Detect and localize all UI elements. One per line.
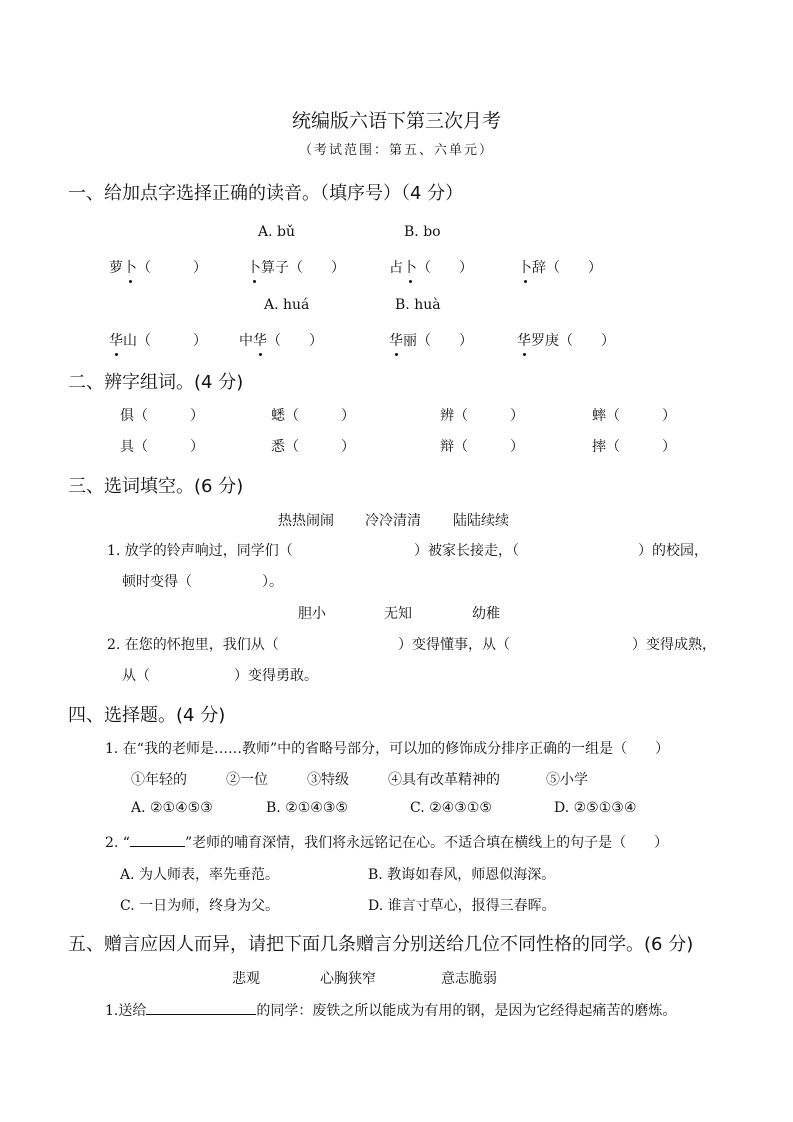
answer-blank[interactable]: （ ） — [137, 260, 207, 276]
dotted-char: 卜 — [403, 257, 417, 277]
q4-1-question: 1. 在“我的老师是……教师”中的省略号部分，可以加的修饰成分排序正确的一组是（… — [105, 738, 669, 758]
option-b-bo: B. bo — [404, 224, 441, 240]
q4-1-option-a[interactable]: A. ②①④⑤③ — [131, 800, 213, 816]
dotted-char: 华 — [109, 330, 123, 350]
word-choice: 幼稚 — [472, 603, 500, 623]
q4-1-option-b[interactable]: B. ②①④③⑤ — [266, 800, 348, 816]
q4-1-option-c[interactable]: C. ②④③①⑤ — [410, 800, 492, 816]
pinyin-item: 华罗庚（ ） — [517, 330, 615, 350]
section-5-heading: 五、赠言应因人而异，请把下面几条赠言分别送给几位不同性格的同学。(6 分) — [68, 930, 693, 956]
word-group-item[interactable]: 辩（ ） — [440, 436, 524, 456]
pinyin-item: 萝卜（ ） — [109, 257, 207, 277]
dotted-char: 华 — [389, 330, 403, 350]
word-choice: 意志脆弱 — [441, 968, 497, 988]
section-3-heading: 三、选词填空。(6 分) — [68, 472, 243, 498]
pinyin-item: 占卜（ ） — [389, 257, 473, 277]
q3-1-part-b: ）被家长接走，（ — [414, 540, 519, 560]
option-a-hua2: A. huá — [264, 297, 309, 313]
section-4-heading: 四、选择题。(4 分) — [68, 701, 225, 727]
q4-1-option-d[interactable]: D. ②⑤①③④ — [554, 800, 636, 816]
word-choice: 无知 — [384, 603, 412, 623]
pinyin-item: 华山（ ） — [109, 330, 207, 350]
word-choice: 悲观 — [232, 968, 260, 988]
q3-2-line2: 从（ ）变得勇敢。 — [122, 665, 318, 685]
q3-1-part-c: ）的校园， — [638, 540, 708, 560]
word-group-item[interactable]: 悉（ ） — [271, 436, 355, 456]
answer-blank[interactable]: （ ） — [546, 260, 602, 276]
q4-2-option-c[interactable]: C. 一日为师，终身为父。 — [120, 895, 279, 915]
dotted-char: 卜 — [247, 257, 261, 277]
q4-1-part: ④具有改革精神的 — [388, 769, 500, 789]
q4-2-option-a[interactable]: A. 为人师表，率先垂范。 — [120, 864, 279, 884]
q4-2-option-b[interactable]: B. 教诲如春风，师恩似海深。 — [368, 864, 555, 884]
word-choice: 冷冷清清 — [365, 510, 421, 530]
section-2-heading: 二、辨字组词。(4 分) — [68, 368, 243, 394]
q3-2-part-c: ）变得成熟， — [632, 634, 716, 654]
pinyin-item: 卜算子（ ） — [247, 257, 345, 277]
word-group-item[interactable]: 俱（ ） — [120, 405, 204, 425]
fill-blank-line[interactable] — [130, 832, 185, 847]
page-subtitle: （考试范围：第五、六单元） — [0, 139, 793, 158]
word-choice: 心胸狭窄 — [320, 968, 376, 988]
word-choice: 陆陆续续 — [453, 510, 509, 530]
q3-2-part-b: ）变得懂事，从（ — [398, 634, 510, 654]
answer-blank[interactable]: （ ） — [267, 333, 323, 349]
page-title: 统编版六语下第三次月考 — [0, 106, 793, 133]
q4-1-part: ②一位 — [226, 769, 268, 789]
word-group-item[interactable]: 摔（ ） — [592, 436, 676, 456]
word-choice: 热热闹闹 — [278, 510, 334, 530]
word-choice: 胆小 — [298, 603, 326, 623]
q4-1-part: ⑤小学 — [546, 769, 588, 789]
q4-2-question: 2. “”老师的哺育深情，我们将永远铭记在心。不适合填在横线上的句子是（ ） — [105, 832, 668, 852]
q3-2-part-a: 2. 在您的怀抱里，我们从（ — [107, 634, 279, 654]
pinyin-item: 卜辞（ ） — [518, 257, 602, 277]
dotted-char: 卜 — [123, 257, 137, 277]
dotted-char: 卜 — [518, 257, 532, 277]
pinyin-item: 中华（ ） — [239, 330, 323, 350]
section-1-heading: 一、给加点字选择正确的读音。（填序号）（4 分） — [68, 179, 463, 205]
q4-1-part: ①年轻的 — [131, 769, 187, 789]
answer-blank[interactable]: （ ） — [137, 333, 207, 349]
option-b-hua4: B. huà — [395, 297, 441, 313]
word-group-item[interactable]: 蟋（ ） — [271, 405, 355, 425]
answer-blank[interactable]: （ ） — [559, 333, 615, 349]
word-group-item[interactable]: 辨（ ） — [440, 405, 524, 425]
dotted-char: 华 — [517, 330, 531, 350]
q4-2-option-d[interactable]: D. 谁言寸草心，报得三春晖。 — [368, 895, 556, 915]
word-group-item[interactable]: 具（ ） — [120, 436, 204, 456]
q3-1-part-a: 1. 放学的铃声响过，同学们（ — [107, 540, 293, 560]
word-group-item[interactable]: 蟀（ ） — [592, 405, 676, 425]
pinyin-item: 华丽（ ） — [389, 330, 473, 350]
q5-1-question: 1.送给的同学：废铁之所以能成为有用的钢，是因为它经得起痛苦的磨炼。 — [105, 1000, 676, 1020]
answer-blank[interactable]: （ ） — [417, 333, 473, 349]
q4-1-part: ③特级 — [307, 769, 349, 789]
option-a-bu: A. bǔ — [258, 224, 295, 240]
q3-1-line2: 顿时变得（ ）。 — [122, 571, 283, 591]
dotted-char: 华 — [253, 330, 267, 350]
answer-blank[interactable]: （ ） — [289, 260, 345, 276]
fill-blank-line[interactable] — [146, 1000, 256, 1015]
answer-blank[interactable]: （ ） — [417, 260, 473, 276]
